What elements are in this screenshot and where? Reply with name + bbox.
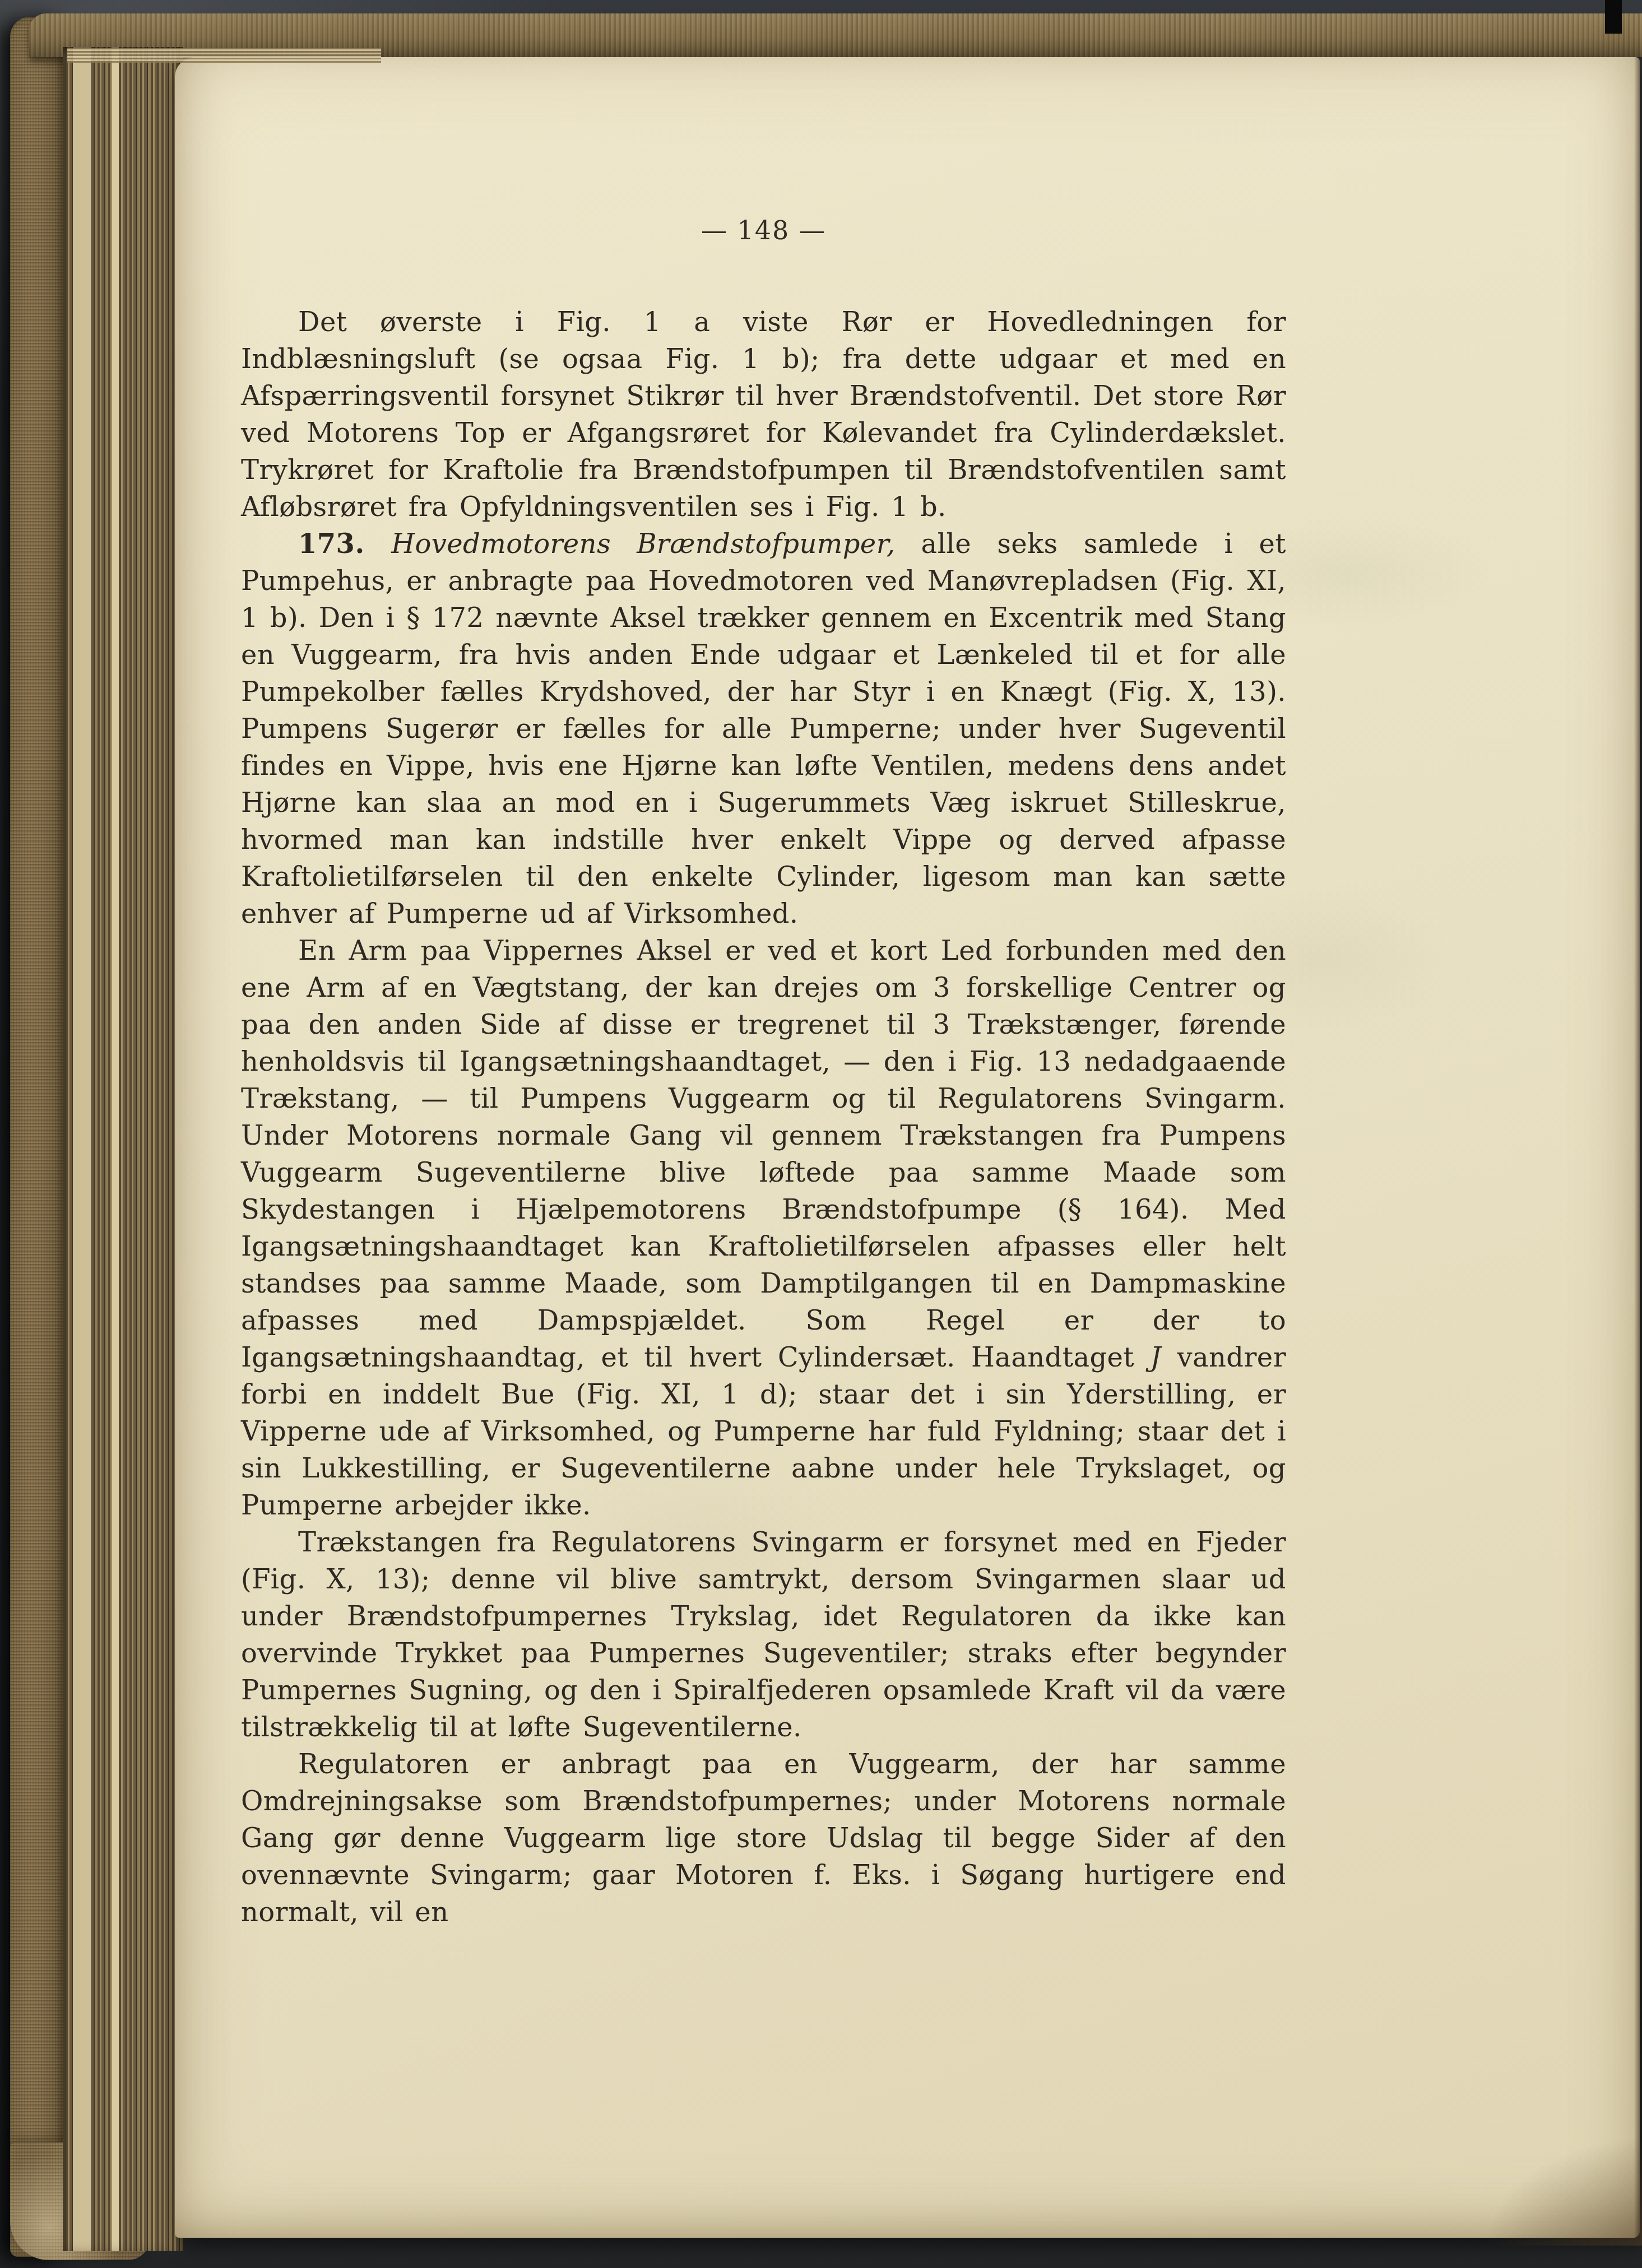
paragraph-4: Trækstangen fra Regulatorens Svingarm er… xyxy=(241,1524,1286,1746)
page-number: — 148 — xyxy=(241,215,1286,245)
scanned-book-photo: — 148 — Det øverste i Fig. 1 a viste Rør… xyxy=(0,0,1642,2268)
handle-letter-italic: J xyxy=(1150,1342,1161,1373)
page-bottom-right-shadow xyxy=(1463,2122,1642,2246)
text-run: Regulatoren er anbragt paa en Vuggearm, … xyxy=(241,1749,1286,1928)
page-fore-edge-stack xyxy=(63,47,183,2251)
section-title-italic: Hovedmotorens Brændstofpumper, xyxy=(391,528,895,560)
page-top-edge-stack xyxy=(67,48,381,63)
text-run: alle seks samlede i et Pumpehus, er anbr… xyxy=(241,528,1286,929)
text-run: Det øverste i Fig. 1 a viste Rør er Hove… xyxy=(241,306,1286,523)
section-number: 173. xyxy=(298,528,391,560)
text-run: Trækstangen fra Regulatorens Svingarm er… xyxy=(241,1527,1286,1743)
text-run: En Arm paa Vippernes Aksel er ved et kor… xyxy=(241,935,1286,1373)
book-cover-left-edge xyxy=(10,17,66,2257)
page-text-block: — 148 — Det øverste i Fig. 1 a viste Rør… xyxy=(241,215,1286,1931)
paragraph-3: En Arm paa Vippernes Aksel er ved et kor… xyxy=(241,932,1286,1524)
paragraph-5: Regulatoren er anbragt paa en Vuggearm, … xyxy=(241,1746,1286,1931)
paragraph-2: 173. Hovedmotorens Brændstofpumper, alle… xyxy=(241,526,1286,932)
book-page: — 148 — Det øverste i Fig. 1 a viste Rør… xyxy=(175,57,1640,2238)
paragraph-1: Det øverste i Fig. 1 a viste Rør er Hove… xyxy=(241,304,1286,526)
scan-corner-mark xyxy=(1605,0,1622,34)
